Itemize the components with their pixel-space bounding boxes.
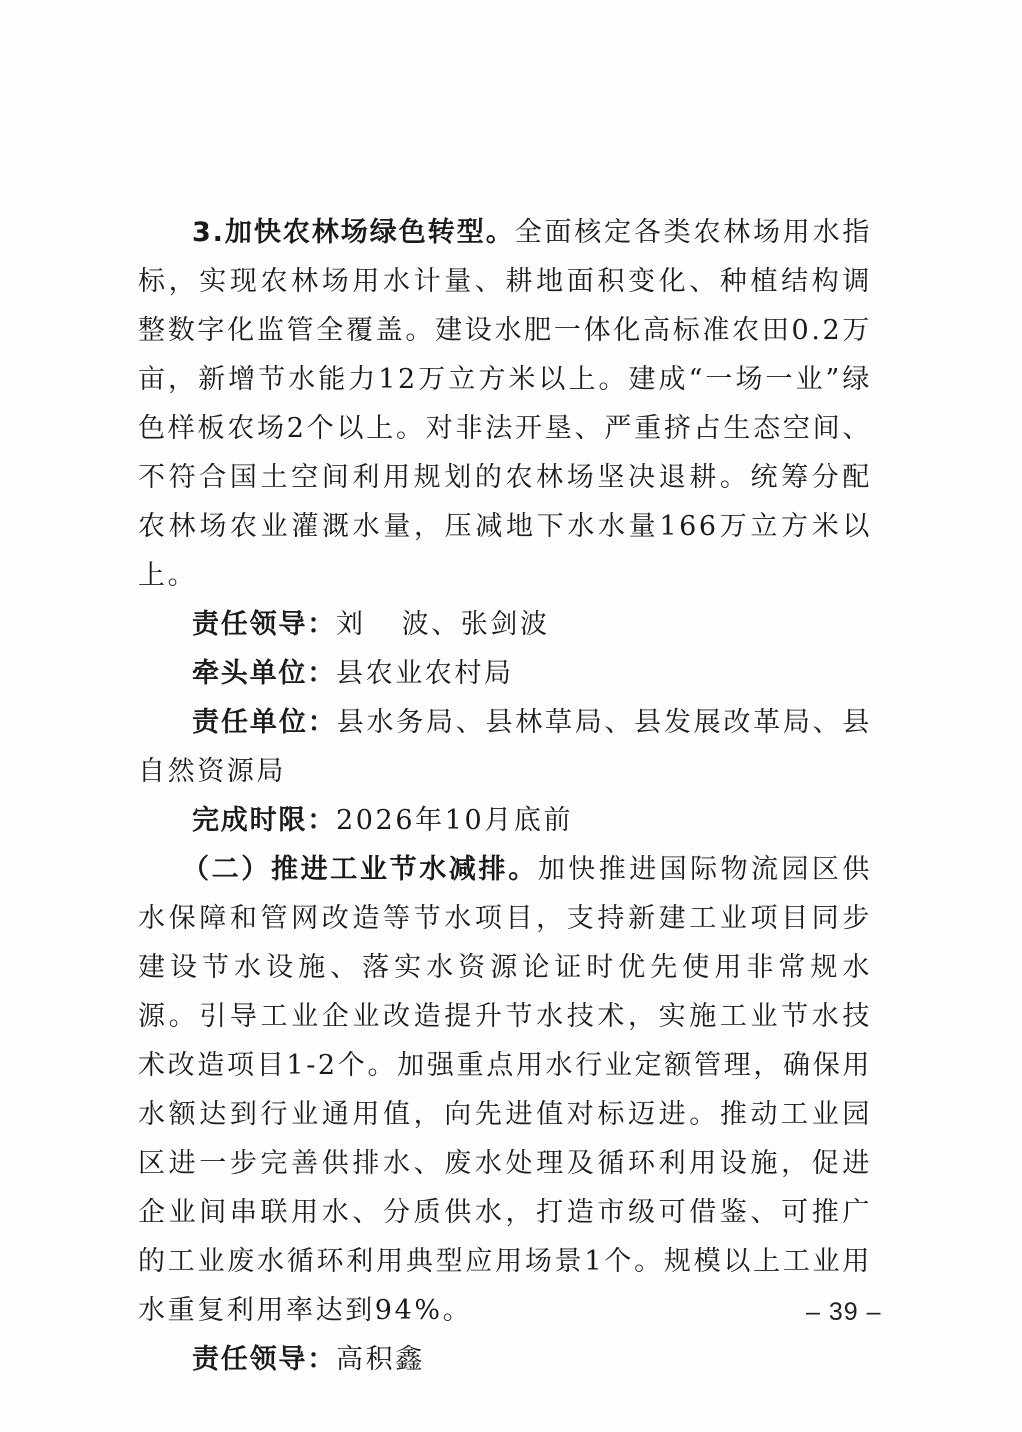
document-body: 3.加快农林场绿色转型。全面核定各类农林场用水指标，实现农林场用水计量、耕地面积… [138, 208, 872, 1384]
section-2-responsible-leader-line: 责任领导：高积鑫 [138, 1335, 872, 1384]
responsible-leader-name-1: 刘 [336, 609, 366, 640]
section-2-body: 加快推进国际物流园区供水保障和管网改造等节水项目，支持新建工业项目同步建设节水设… [138, 854, 872, 1326]
responsible-units-line: 责任单位：县水务局、县林草局、县发展改革局、县自然资源局 [138, 698, 872, 796]
responsible-leader-name-rest: 波、张剑波 [402, 609, 550, 640]
lead-unit-value: 县农业农村局 [336, 658, 514, 689]
section-3-body: 全面核定各类农林场用水指标，实现农林场用水计量、耕地面积变化、种植结构调整数字化… [138, 217, 872, 591]
deadline-label: 完成时限： [192, 805, 336, 836]
document-page: 3.加快农林场绿色转型。全面核定各类农林场用水指标，实现农林场用水计量、耕地面积… [0, 0, 1022, 1432]
section-2-heading: （二）推进工业节水减排。 [182, 854, 538, 885]
page-number: – 39 – [806, 1298, 882, 1327]
lead-unit-label: 牵头单位： [192, 658, 336, 689]
responsible-leader-line: 责任领导：刘波、张剑波 [138, 600, 872, 649]
deadline-value: 2026年10月底前 [336, 805, 573, 836]
section-2-responsible-leader-value: 高积鑫 [336, 1344, 425, 1375]
responsible-units-label: 责任单位： [192, 707, 337, 738]
responsible-leader-label: 责任领导： [192, 609, 336, 640]
section-2-paragraph: （二）推进工业节水减排。加快推进国际物流园区供水保障和管网改造等节水项目，支持新… [138, 845, 872, 1335]
section-2-responsible-leader-label: 责任领导： [192, 1344, 336, 1375]
section-3-heading: 3.加快农林场绿色转型。 [192, 217, 515, 248]
lead-unit-line: 牵头单位：县农业农村局 [138, 649, 872, 698]
section-3-paragraph: 3.加快农林场绿色转型。全面核定各类农林场用水指标，实现农林场用水计量、耕地面积… [138, 208, 872, 600]
deadline-line: 完成时限：2026年10月底前 [138, 796, 872, 845]
